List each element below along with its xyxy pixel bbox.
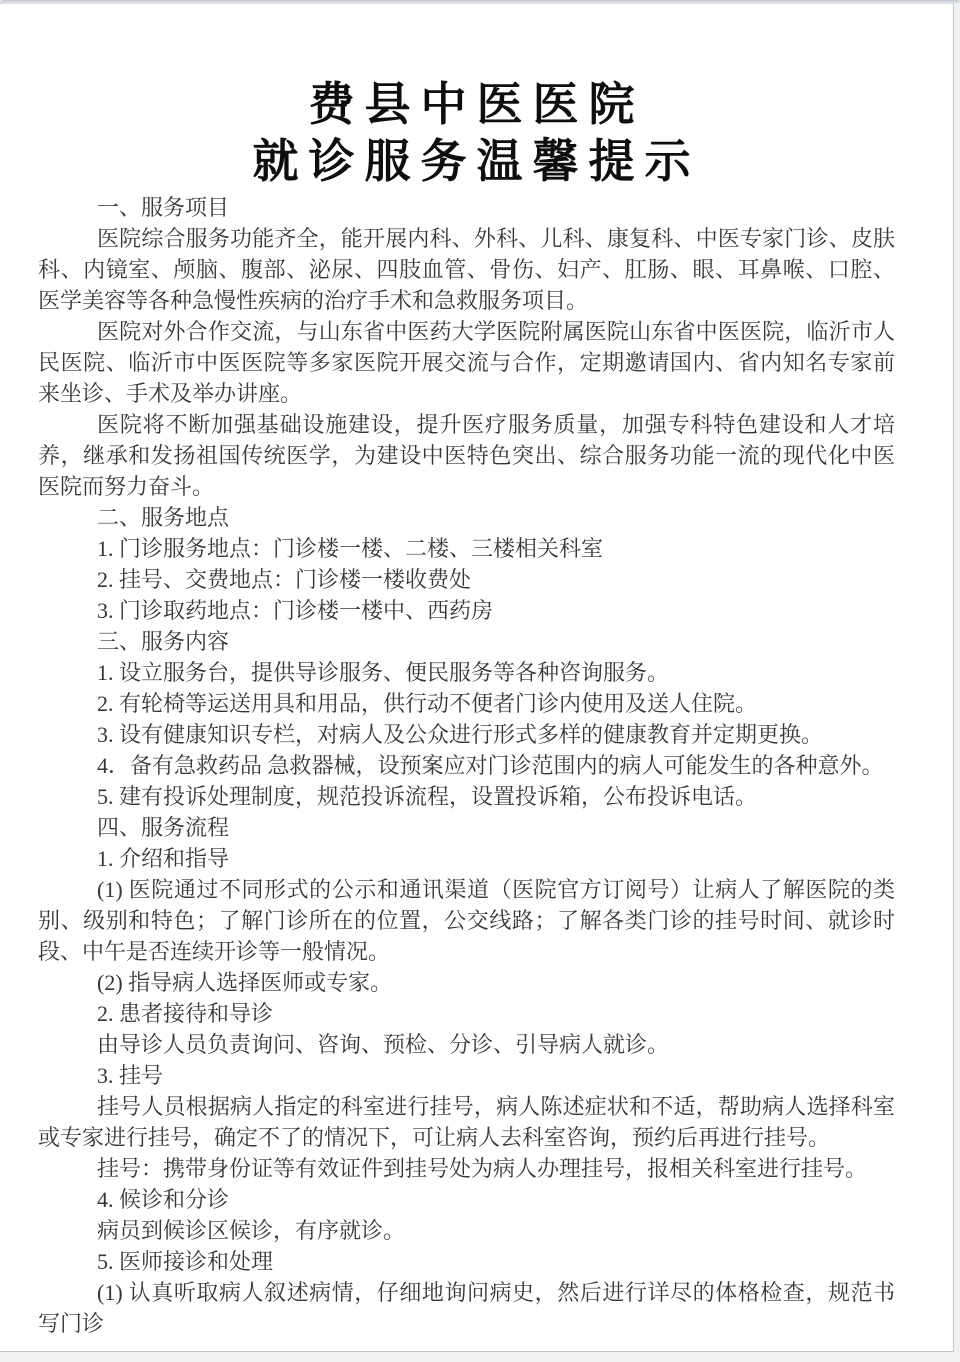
section-heading: 三、服务内容 bbox=[38, 626, 895, 657]
list-item: 1. 门诊服务地点：门诊楼一楼、二楼、三楼相关科室 bbox=[38, 533, 895, 564]
paragraph: (1) 医院通过不同形式的公示和通讯渠道（医院官方订阅号）让病人了解医院的类别、… bbox=[38, 874, 895, 967]
paragraph: 医院综合服务功能齐全，能开展内科、外科、儿科、康复科、中医专家门诊、皮肤科、内镜… bbox=[38, 223, 895, 316]
list-item: 1. 介绍和指导 bbox=[38, 843, 895, 874]
list-item: 3. 门诊取药地点：门诊楼一楼中、西药房 bbox=[38, 595, 895, 626]
section-heading: 四、服务流程 bbox=[38, 812, 895, 843]
list-item: 1. 设立服务台，提供导诊服务、便民服务等各种咨询服务。 bbox=[38, 657, 895, 688]
list-item: 4．备有急救药品 急救器械，设预案应对门诊范围内的病人可能发生的各种意外。 bbox=[38, 750, 895, 781]
list-item: 3. 设有健康知识专栏，对病人及公众进行形式多样的健康教育并定期更换。 bbox=[38, 719, 895, 750]
list-item: 2. 挂号、交费地点：门诊楼一楼收费处 bbox=[38, 564, 895, 595]
section-heading: 二、服务地点 bbox=[38, 502, 895, 533]
list-item: 5. 建有投诉处理制度，规范投诉流程，设置投诉箱，公布投诉电话。 bbox=[38, 781, 895, 812]
list-item: 2. 患者接待和导诊 bbox=[38, 998, 895, 1029]
list-item: 5. 医师接诊和处理 bbox=[38, 1246, 895, 1277]
document-title-line-1: 费县中医医院 bbox=[0, 76, 953, 133]
list-item: 4. 候诊和分诊 bbox=[38, 1184, 895, 1215]
list-item: 3. 挂号 bbox=[38, 1060, 895, 1091]
list-item: 2. 有轮椅等运送用具和用品，供行动不便者门诊内使用及送人住院。 bbox=[38, 688, 895, 719]
paragraph: 病员到候诊区候诊，有序就诊。 bbox=[38, 1215, 895, 1246]
paragraph: 医院对外合作交流，与山东省中医药大学医院附属医院山东省中医医院，临沂市人民医院、… bbox=[38, 316, 895, 409]
document-title-line-2: 就诊服务温馨提示 bbox=[0, 133, 953, 190]
document-body: 一、服务项目医院综合服务功能齐全，能开展内科、外科、儿科、康复科、中医专家门诊、… bbox=[0, 192, 953, 1339]
document-title: 费县中医医院 就诊服务温馨提示 bbox=[0, 4, 953, 190]
paragraph: 挂号：携带身份证等有效证件到挂号处为病人办理挂号，报相关科室进行挂号。 bbox=[38, 1153, 895, 1184]
paragraph: (1) 认真听取病人叙述病情，仔细地询问病史，然后进行详尽的体格检查，规范书写门… bbox=[38, 1277, 895, 1339]
section-heading: 一、服务项目 bbox=[38, 192, 895, 223]
document-page: 费县中医医院 就诊服务温馨提示 一、服务项目医院综合服务功能齐全，能开展内科、外… bbox=[0, 3, 954, 1352]
list-item: (2) 指导病人选择医师或专家。 bbox=[38, 967, 895, 998]
paragraph: 由导诊人员负责询问、咨询、预检、分诊、引导病人就诊。 bbox=[38, 1029, 895, 1060]
paragraph: 医院将不断加强基础设施建设，提升医疗服务质量，加强专科特色建设和人才培养，继承和… bbox=[38, 409, 895, 502]
paragraph: 挂号人员根据病人指定的科室进行挂号，病人陈述症状和不适，帮助病人选择科室或专家进… bbox=[38, 1091, 895, 1153]
